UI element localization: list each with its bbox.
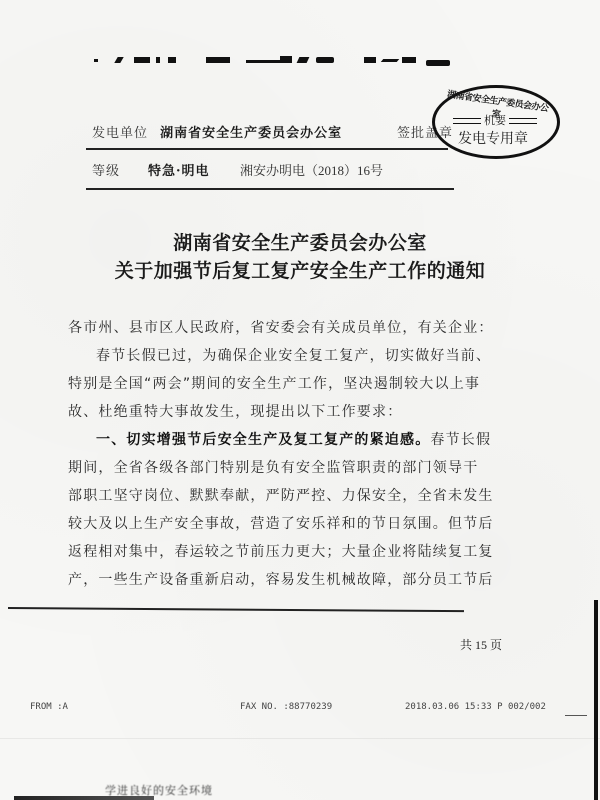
fax-scan-line [0,738,600,739]
fax-number: FAX NO. :88770239 [240,702,332,712]
scan-edge-bar [14,796,154,800]
body-line: 春节长假已过，为确保企业安全复工复产，切实做好当前、 [96,345,491,365]
fax-document-page: 发电单位 湖南省安全生产委员会办公室 签批盖章 等级 特急·明电 湘安办明电（2… [0,0,600,800]
sender-value: 湖南省安全生产委员会办公室 [160,126,342,141]
body-line: 期间，全省各级各部门特别是负有安全监管职责的部门领导干 [68,457,478,477]
level-row: 等级 特急·明电 湘安办明电（2018）16号 [92,160,120,179]
body-line: 返程相对集中，春运较之节前压力更大；大量企业将陆续复工复 [68,541,494,561]
section-heading-1: 一、切实增强节后安全生产及复工复产的紧迫感。 [96,432,430,448]
official-seal-stamp: 湖南省安全生产委员会办公室 机要 发电专用章 [432,85,560,159]
masthead-fragment [94,53,454,65]
body-line: 较大及以上生产安全事故，营造了安乐祥和的节日氛围。但节后 [68,513,494,533]
scan-edge-right [594,600,598,800]
level-label: 等级 [92,164,120,179]
header-divider-bottom [86,188,454,190]
masthead-fragment-bar [426,60,450,66]
level-value: 特急·明电 [148,160,210,179]
salutation: 各市州、县市区人民政府，省安委会有关成员单位，有关企业： [68,317,494,337]
body-line: 产，一些生产设备重新启动，容易发生机械故障，部分员工节后 [68,569,494,589]
sender-label: 发电单位 [92,126,148,141]
fax-dash-mark [565,715,587,716]
document-title-line1: 湖南省安全生产委员会办公室 [0,228,600,255]
section-heading-line: 一、切实增强节后安全生产及复工复产的紧迫感。春节长假 [96,429,491,449]
body-line: 特别是全国“两会”期间的安全生产工作，坚决遏制较大以上事 [68,373,480,393]
stamp-middle-label: 机要 [484,114,506,127]
fax-timestamp: 2018.03.06 15:33 P 002/002 [405,702,546,712]
stamp-middle-text: 机要 [439,112,551,128]
body-line: 部职工坚守岗位、默默奉献，严防严控、力保安全，全省未发生 [68,485,494,505]
document-title-line2: 关于加强节后复工复产安全生产工作的通知 [0,256,600,283]
fax-from: FROM :A [30,702,68,712]
body-line: 故、杜绝重特大事故发生，现提出以下工作要求： [68,401,402,421]
page-count: 共 15 页 [460,636,502,653]
page-divider [8,607,464,612]
body-text: 春节长假 [430,432,491,448]
document-number: 湘安办明电（2018）16号 [240,160,383,179]
stamp-bottom-text: 发电专用章 [435,128,551,148]
header-divider [86,148,448,150]
sender-row: 发电单位 湖南省安全生产委员会办公室 签批盖章 [92,122,342,141]
